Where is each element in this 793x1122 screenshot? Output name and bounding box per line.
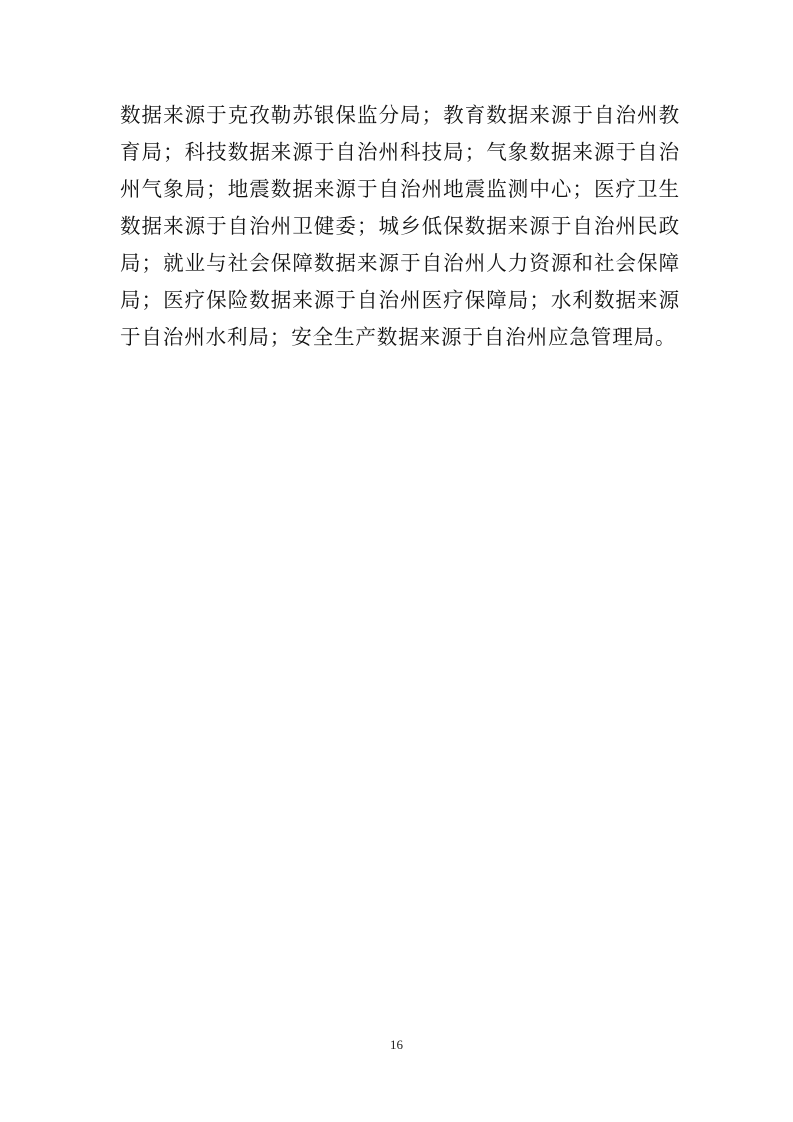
document-page: 数据来源于克孜勒苏银保监分局；教育数据来源于自治州教 育局；科技数据来源于自治州… [0,0,793,1122]
text-line: 州气象局；地震数据来源于自治州地震监测中心；医疗卫生 [120,171,680,208]
page-number: 16 [0,1037,793,1053]
text-line: 育局；科技数据来源于自治州科技局；气象数据来源于自治 [120,134,680,171]
text-line: 数据来源于自治州卫健委；城乡低保数据来源于自治州民政 [120,208,680,245]
text-line: 局；就业与社会保障数据来源于自治州人力资源和社会保障 [120,245,680,282]
paragraph-data-sources: 数据来源于克孜勒苏银保监分局；教育数据来源于自治州教 育局；科技数据来源于自治州… [120,97,680,356]
text-line: 局；医疗保险数据来源于自治州医疗保障局；水利数据来源 [120,282,680,319]
text-line: 于自治州水利局；安全生产数据来源于自治州应急管理局。 [120,319,680,356]
text-line: 数据来源于克孜勒苏银保监分局；教育数据来源于自治州教 [120,97,680,134]
